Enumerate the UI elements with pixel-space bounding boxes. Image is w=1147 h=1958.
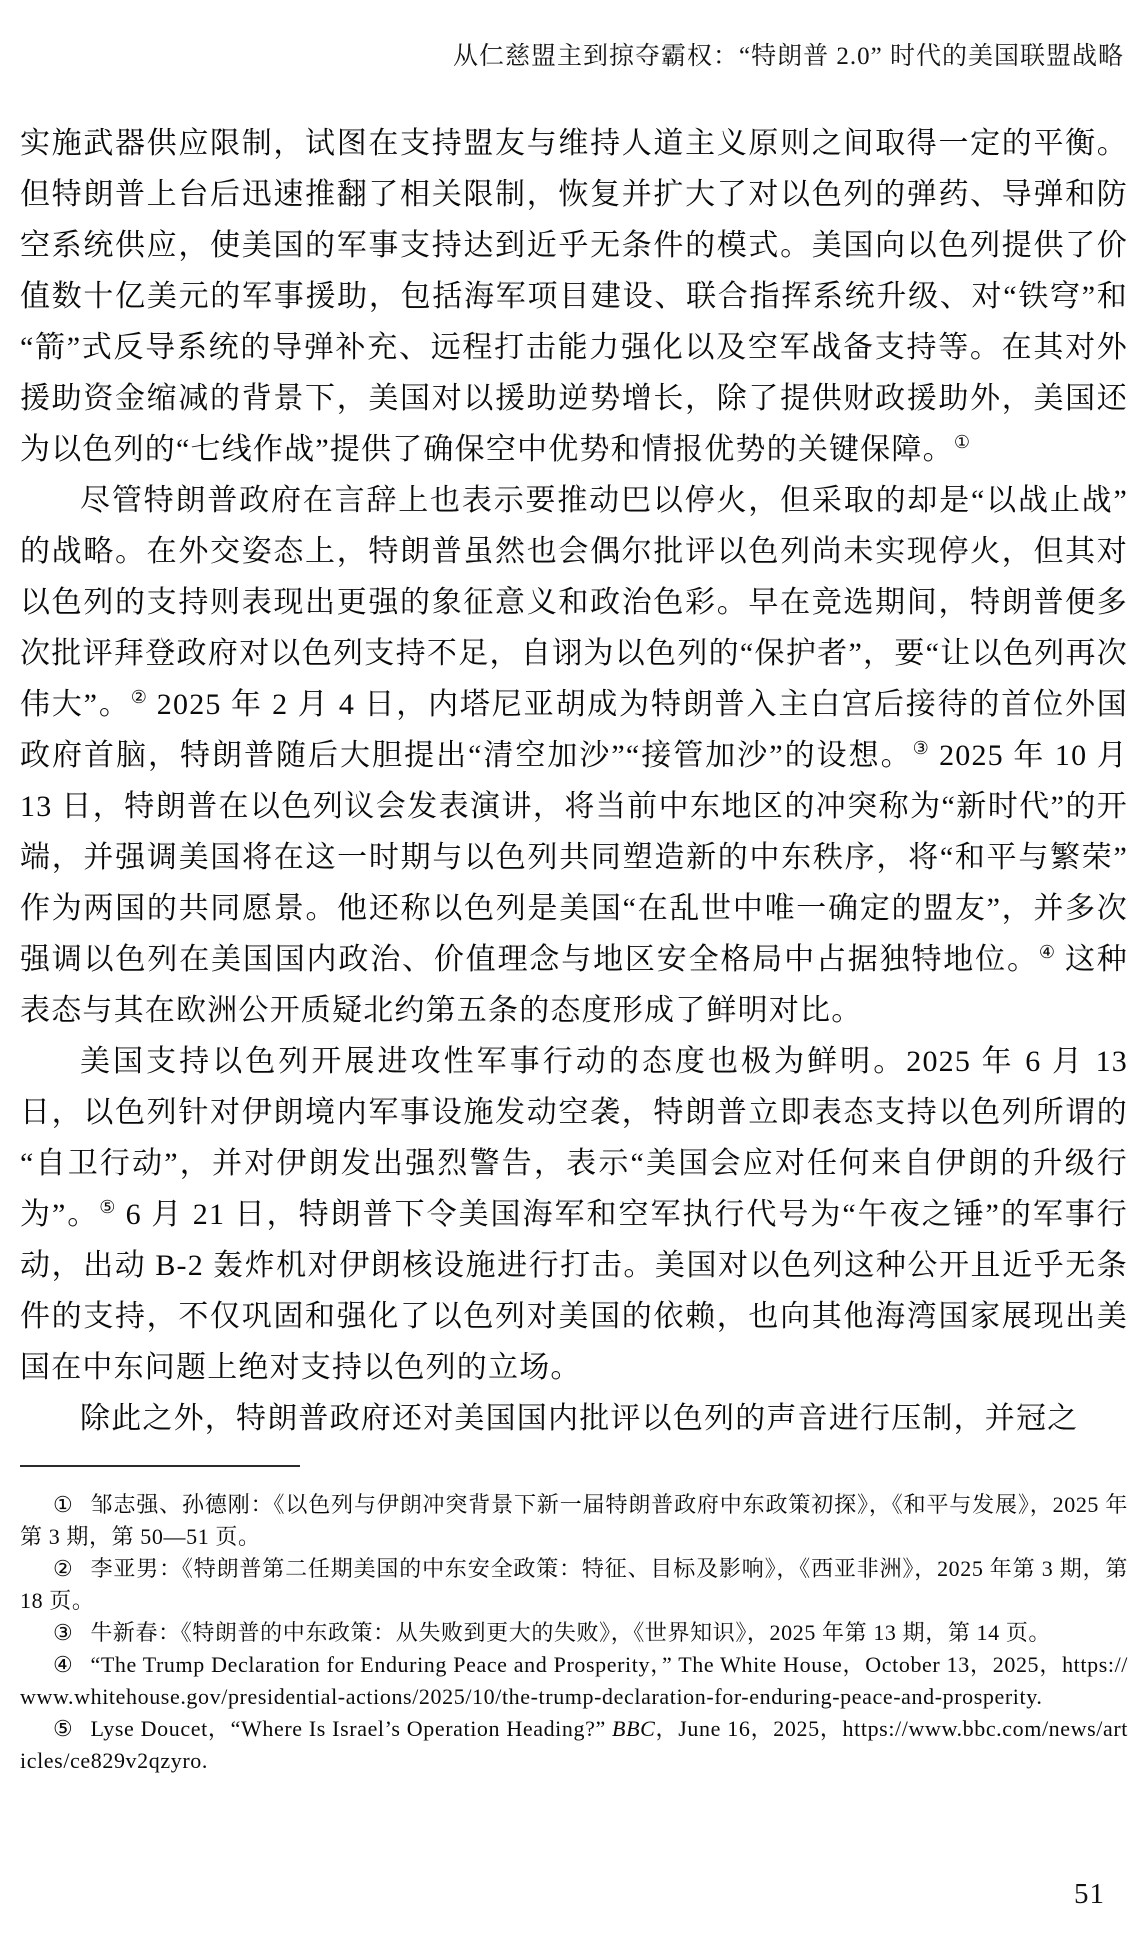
footnote-ref-3: ③ bbox=[913, 738, 930, 758]
footnote-separator bbox=[20, 1465, 300, 1467]
footnote-item-5: ⑤Lyse Doucet，“Where Is Israel’s Operatio… bbox=[20, 1713, 1128, 1777]
footnote-text: Lyse Doucet，“Where Is Israel’s Operation… bbox=[20, 1716, 1128, 1773]
paragraph-text: 除此之外，特朗普政府还对美国国内批评以色列的声音进行压制，并冠之 bbox=[80, 1402, 1078, 1435]
running-head-title: 从仁慈盟主到掠夺霸权：“特朗普 2.0” 时代的美国联盟战略 bbox=[20, 36, 1128, 72]
footnote-marker: ② bbox=[53, 1556, 74, 1581]
article-body: 实施武器供应限制，试图在支持盟友与维持人道主义原则之间取得一定的平衡。但特朗普上… bbox=[20, 118, 1128, 1444]
footnote-marker: ③ bbox=[53, 1620, 73, 1645]
page-number: 51 bbox=[1074, 1878, 1105, 1911]
footnote-text: “The Trump Declaration for Enduring Peac… bbox=[20, 1652, 1128, 1709]
footnote-ref-5: ⑤ bbox=[99, 1197, 116, 1217]
footnote-journal-name: BBC bbox=[612, 1716, 655, 1741]
body-paragraph: 美国支持以色列开展进攻性军事行动的态度也极为鲜明。2025 年 6 月 13 日… bbox=[20, 1036, 1128, 1393]
document-page: 从仁慈盟主到掠夺霸权：“特朗普 2.0” 时代的美国联盟战略 实施武器供应限制，… bbox=[0, 0, 1147, 1958]
footnote-item-4: ④“The Trump Declaration for Enduring Pea… bbox=[20, 1649, 1128, 1713]
footnote-marker: ④ bbox=[53, 1652, 74, 1677]
footnote-text-part: Lyse Doucet，“Where Is Israel’s Operation… bbox=[90, 1716, 612, 1741]
footnote-text: 邹志强、孙德刚：《以色列与伊朗冲突背景下新一届特朗普政府中东政策初探》，《和平与… bbox=[20, 1492, 1128, 1549]
paragraph-text: 尽管特朗普政府在言辞上也表示要推动巴以停火，但采取的却是“以战止战”的战略。在外… bbox=[20, 484, 1128, 721]
footnote-section: ①邹志强、孙德刚：《以色列与伊朗冲突背景下新一届特朗普政府中东政策初探》，《和平… bbox=[20, 1489, 1128, 1777]
paragraph-text: 实施武器供应限制，试图在支持盟友与维持人道主义原则之间取得一定的平衡。但特朗普上… bbox=[20, 127, 1128, 466]
footnote-item-3: ③牛新春：《特朗普的中东政策：从失败到更大的失败》，《世界知识》，2025 年第… bbox=[20, 1617, 1128, 1649]
body-paragraph: 除此之外，特朗普政府还对美国国内批评以色列的声音进行压制，并冠之 bbox=[20, 1393, 1128, 1444]
paragraph-text: 2025 年 10 月 13 日，特朗普在以色列议会发表演讲，将当前中东地区的冲… bbox=[20, 739, 1128, 976]
paragraph-text: 6 月 21 日，特朗普下令美国海军和空军执行代号为“午夜之锤”的军事行动，出动… bbox=[20, 1198, 1128, 1384]
footnote-ref-1: ① bbox=[954, 432, 970, 452]
body-paragraph: 尽管特朗普政府在言辞上也表示要推动巴以停火，但采取的却是“以战止战”的战略。在外… bbox=[20, 475, 1128, 1036]
footnote-marker: ① bbox=[53, 1492, 74, 1517]
footnote-marker: ⑤ bbox=[53, 1716, 73, 1741]
footnote-item-2: ②李亚男：《特朗普第二任期美国的中东安全政策：特征、目标及影响》，《西亚非洲》，… bbox=[20, 1553, 1128, 1617]
footnote-text: 牛新春：《特朗普的中东政策：从失败到更大的失败》，《世界知识》，2025 年第 … bbox=[90, 1620, 1051, 1645]
footnote-ref-4: ④ bbox=[1039, 942, 1056, 962]
footnote-text: 李亚男：《特朗普第二任期美国的中东安全政策：特征、目标及影响》，《西亚非洲》，2… bbox=[20, 1556, 1128, 1613]
footnote-ref-2: ② bbox=[131, 687, 148, 707]
footnote-item-1: ①邹志强、孙德刚：《以色列与伊朗冲突背景下新一届特朗普政府中东政策初探》，《和平… bbox=[20, 1489, 1128, 1553]
body-paragraph: 实施武器供应限制，试图在支持盟友与维持人道主义原则之间取得一定的平衡。但特朗普上… bbox=[20, 118, 1128, 475]
